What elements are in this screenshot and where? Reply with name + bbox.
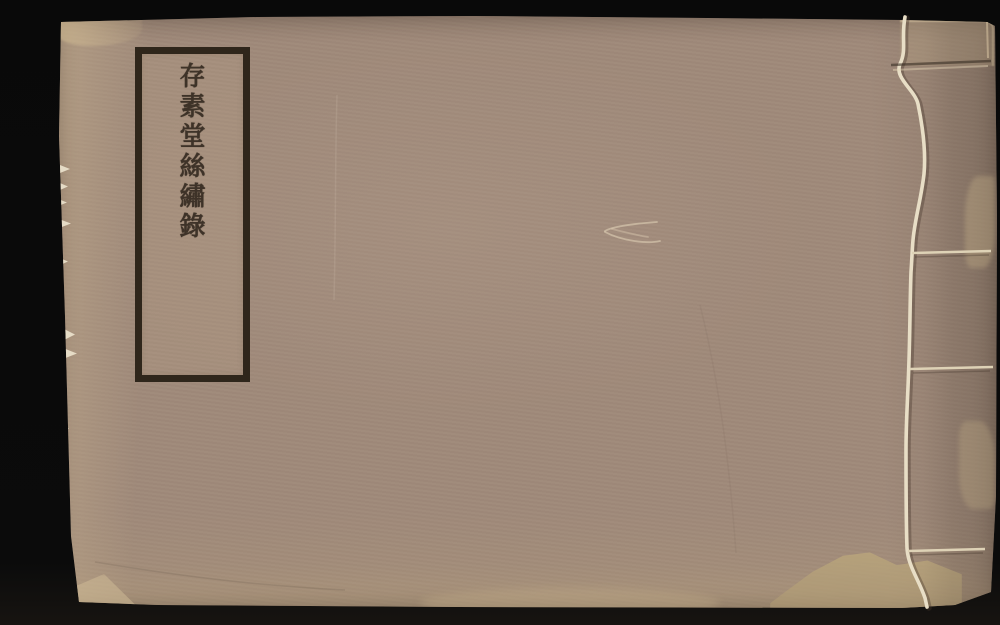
title-character: 存	[179, 64, 205, 91]
spine-shading	[923, 16, 997, 608]
fold-flap-top-right	[900, 20, 994, 66]
worn-patch-right-lower	[959, 421, 995, 509]
edge-chip	[58, 199, 67, 206]
worn-streak-bottom	[420, 588, 720, 618]
worn-patch-right-upper	[965, 176, 995, 268]
title-character: 素	[179, 94, 205, 121]
title-character: 堂	[179, 124, 205, 151]
edge-chip	[63, 348, 77, 359]
title-character: 繡	[179, 184, 205, 211]
book-cover: 存 素 堂 絲 繡 錄	[57, 16, 997, 608]
worn-patch-bottom-left	[65, 574, 143, 622]
edge-chip	[60, 165, 70, 173]
worn-patch-top-left	[58, 18, 142, 46]
edge-chip	[60, 424, 69, 433]
worn-patch-bottom-right	[770, 550, 962, 608]
edge-chip	[60, 183, 68, 190]
title-text-column: 存 素 堂 絲 繡 錄	[142, 64, 243, 241]
edge-chip	[60, 258, 68, 265]
edge-chip	[59, 219, 71, 228]
title-character: 錄	[179, 214, 205, 241]
title-label: 存 素 堂 絲 繡 錄	[135, 47, 250, 382]
photo-canvas: 存 素 堂 絲 繡 錄	[0, 0, 1000, 625]
edge-chip	[62, 328, 75, 341]
title-character: 絲	[179, 154, 205, 181]
